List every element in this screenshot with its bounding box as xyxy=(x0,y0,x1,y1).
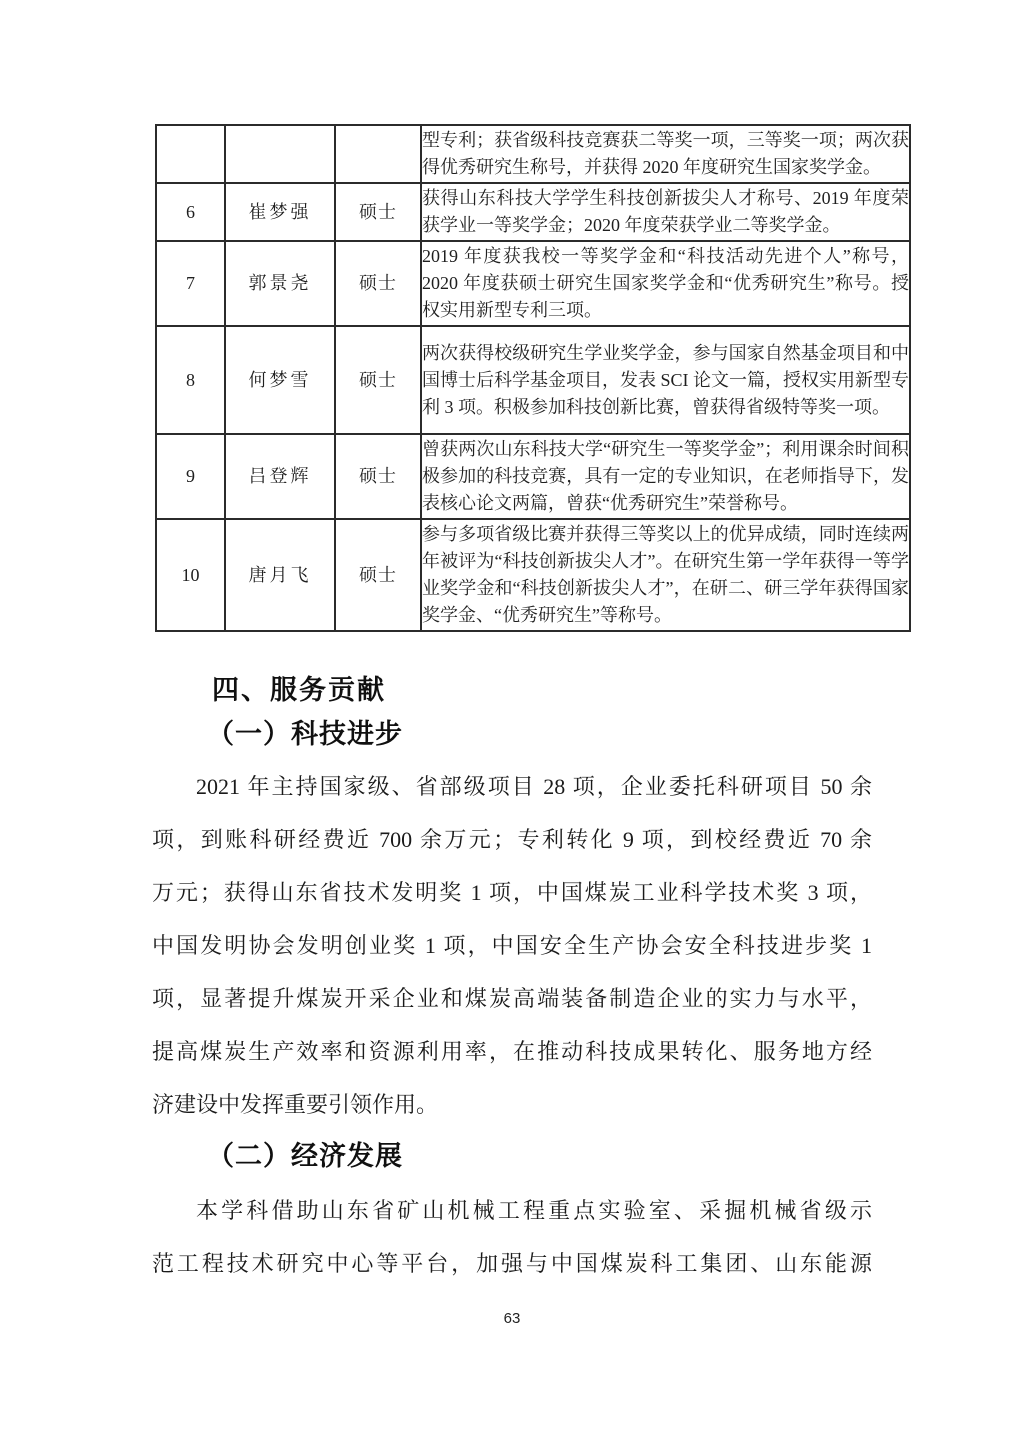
table-row: 8 何梦雪 硕士 两次获得校级研究生学业奖学金，参与国家自然基金项目和中国博士后… xyxy=(156,326,910,434)
table-row: 7 郭景尧 硕士 2019 年度获我校一等奖学金和“科技活动先进个人”称号，20… xyxy=(156,241,910,326)
paragraph-line: 范工程技术研究中心等平台，加强与中国煤炭科工集团、山东能源 xyxy=(152,1237,872,1290)
paragraph-line: 2021 年主持国家级、省部级项目 28 项，企业委托科研项目 50 余 xyxy=(152,760,872,813)
cell-number: 10 xyxy=(156,519,225,631)
cell-description: 型专利；获省级科技竞赛获二等奖一项，三等奖一项；两次获得优秀研究生称号，并获得 … xyxy=(421,125,910,183)
paragraph-line: 万元；获得山东省技术发明奖 1 项，中国煤炭工业科学技术奖 3 项， xyxy=(152,866,872,919)
cell-degree xyxy=(335,125,421,183)
paragraph-line: 提高煤炭生产效率和资源利用率，在推动科技成果转化、服务地方经 xyxy=(152,1025,872,1078)
paragraph-economic-development: 本学科借助山东省矿山机械工程重点实验室、采掘机械省级示 范工程技术研究中心等平台… xyxy=(152,1184,872,1290)
cell-name xyxy=(225,125,335,183)
cell-name: 郭景尧 xyxy=(225,241,335,326)
table-row: 6 崔梦强 硕士 获得山东科技大学学生科技创新拔尖人才称号、2019 年度荣获学… xyxy=(156,183,910,241)
cell-description: 2019 年度获我校一等奖学金和“科技活动先进个人”称号，2020 年度获硕士研… xyxy=(421,241,910,326)
paragraph-line: 本学科借助山东省矿山机械工程重点实验室、采掘机械省级示 xyxy=(152,1184,872,1237)
cell-degree: 硕士 xyxy=(335,519,421,631)
subheading-sci-tech-progress: （一）科技进步 xyxy=(207,712,403,751)
page-number: 63 xyxy=(0,1310,1024,1327)
paragraph-line: 项，显著提升煤炭开采企业和煤炭高端装备制造企业的实力与水平， xyxy=(152,972,872,1025)
section-heading-service-contribution: 四、服务贡献 xyxy=(212,668,386,707)
cell-number xyxy=(156,125,225,183)
cell-description: 获得山东科技大学学生科技创新拔尖人才称号、2019 年度荣获学业一等奖学金；20… xyxy=(421,183,910,241)
cell-number: 6 xyxy=(156,183,225,241)
subheading-economic-development: （二）经济发展 xyxy=(207,1134,403,1173)
cell-name: 崔梦强 xyxy=(225,183,335,241)
cell-number: 7 xyxy=(156,241,225,326)
cell-name: 唐月飞 xyxy=(225,519,335,631)
cell-degree: 硕士 xyxy=(335,434,421,519)
table-row: 9 吕登辉 硕士 曾获两次山东科技大学“研究生一等奖学金”；利用课余时间积极参加… xyxy=(156,434,910,519)
table-row: 10 唐月飞 硕士 参与多项省级比赛并获得三等奖以上的优异成绩，同时连续两年被评… xyxy=(156,519,910,631)
cell-description: 两次获得校级研究生学业奖学金，参与国家自然基金项目和中国博士后科学基金项目，发表… xyxy=(421,326,910,434)
cell-degree: 硕士 xyxy=(335,241,421,326)
table-row-continuation: 型专利；获省级科技竞赛获二等奖一项，三等奖一项；两次获得优秀研究生称号，并获得 … xyxy=(156,125,910,183)
cell-number: 8 xyxy=(156,326,225,434)
paragraph-sci-tech-progress: 2021 年主持国家级、省部级项目 28 项，企业委托科研项目 50 余 项，到… xyxy=(152,760,872,1131)
cell-number: 9 xyxy=(156,434,225,519)
document-page: 型专利；获省级科技竞赛获二等奖一项，三等奖一项；两次获得优秀研究生称号，并获得 … xyxy=(0,0,1024,1448)
paragraph-line: 项，到账科研经费近 700 余万元；专利转化 9 项，到校经费近 70 余 xyxy=(152,813,872,866)
paragraph-line: 中国发明协会发明创业奖 1 项，中国安全生产协会安全科技进步奖 1 xyxy=(152,919,872,972)
cell-name: 吕登辉 xyxy=(225,434,335,519)
cell-degree: 硕士 xyxy=(335,183,421,241)
cell-description: 曾获两次山东科技大学“研究生一等奖学金”；利用课余时间积极参加的科技竞赛，具有一… xyxy=(421,434,910,519)
paragraph-line: 济建设中发挥重要引领作用。 xyxy=(152,1078,872,1131)
cell-degree: 硕士 xyxy=(335,326,421,434)
cell-name: 何梦雪 xyxy=(225,326,335,434)
cell-description: 参与多项省级比赛并获得三等奖以上的优异成绩，同时连续两年被评为“科技创新拔尖人才… xyxy=(421,519,910,631)
students-table: 型专利；获省级科技竞赛获二等奖一项，三等奖一项；两次获得优秀研究生称号，并获得 … xyxy=(155,124,911,632)
